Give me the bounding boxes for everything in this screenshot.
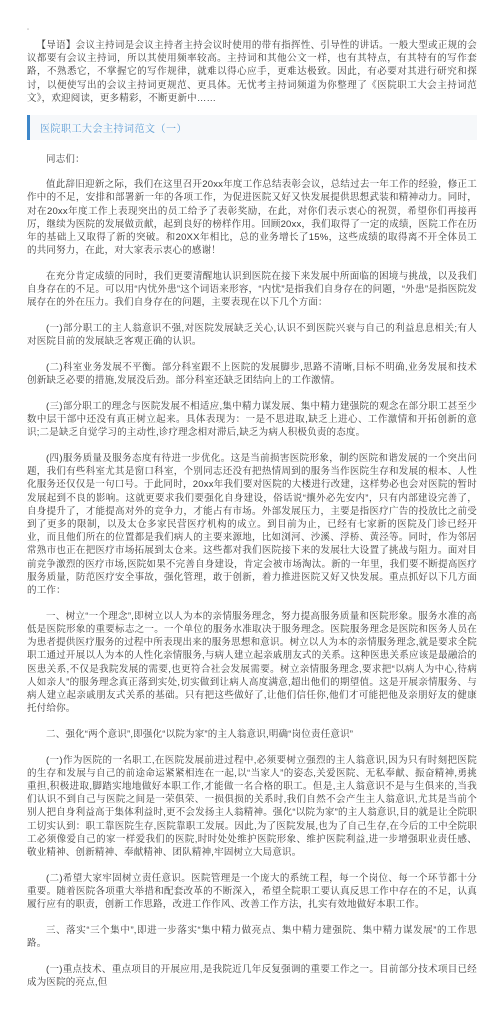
article-body: 同志们： 值此辞旧迎新之际，我们在这里召开20xx年度工作总结表彰会议，总结过去… (27, 153, 477, 990)
article-page: ▫ 【导语】会议主持词是会议主持者主持会议时使用的带有指挥性、引导性的讲话。一般… (0, 0, 504, 1017)
paragraph: 三、落实“三个集中”,即进一步落实“集中精力做亮点、集中精力建强院、集中精力谋发… (27, 924, 477, 950)
paragraph: 值此辞旧迎新之际，我们在这里召开20xx年度工作总结表彰会议，总结过去一年工作的… (27, 178, 477, 257)
paragraph: (一)部分职工的主人翁意识不强,对医院发展缺乏关心,认识不到医院兴衰与自己的利益… (27, 322, 477, 348)
paragraph: (一)作为医院的一名职工,在医院发展前进过程中,必须要树立强烈的主人翁意识,因为… (27, 754, 477, 860)
paragraph: 二、强化“两个意识”,即强化“以院为家”的主人翁意识,明确“岗位责任意识” (27, 728, 477, 741)
broken-image-marker: ▫ (27, 27, 29, 33)
paragraph: (一)重点技术、重点项目的开展应用,是我院近几年反复强调的重要工作之一。目前部分… (27, 963, 477, 989)
paragraph: (二)希望大家牢固树立责任意识。医院管理是一个庞大的系统工程，每一个岗位、每一个… (27, 872, 477, 912)
article-section-title-text: 医院职工大会主持词范文（一） (40, 120, 187, 135)
paragraph: 在充分肯定成绩的同时，我们更要清醒地认识到医院在接下来发展中所面临的困境与挑战，… (27, 270, 477, 310)
paragraph: (四)服务质量及服务态度有待进一步优化。这是当前损害医院形象，制约医院和谐发展的… (27, 452, 477, 597)
paragraph: (二)科室业务发展不平衡。部分科室跟不上医院的发展脚步,思路不清晰,目标不明确,… (27, 361, 477, 387)
paragraph: (三)部分职工的理念与医院发展不相适应,集中精力谋发展、集中精力建强院的观念在部… (27, 400, 477, 440)
article-section-title: 医院职工大会主持词范文（一） (27, 115, 477, 140)
intro-paragraph: 【导语】会议主持词是会议主持者主持会议时使用的带有指挥性、引导性的讲话。一般大型… (27, 39, 477, 105)
salutation: 同志们： (27, 153, 477, 166)
paragraph: 一、树立“一个理念”,即树立以人为本的亲情服务理念，努力提高服务质量和医院形象。… (27, 610, 477, 716)
